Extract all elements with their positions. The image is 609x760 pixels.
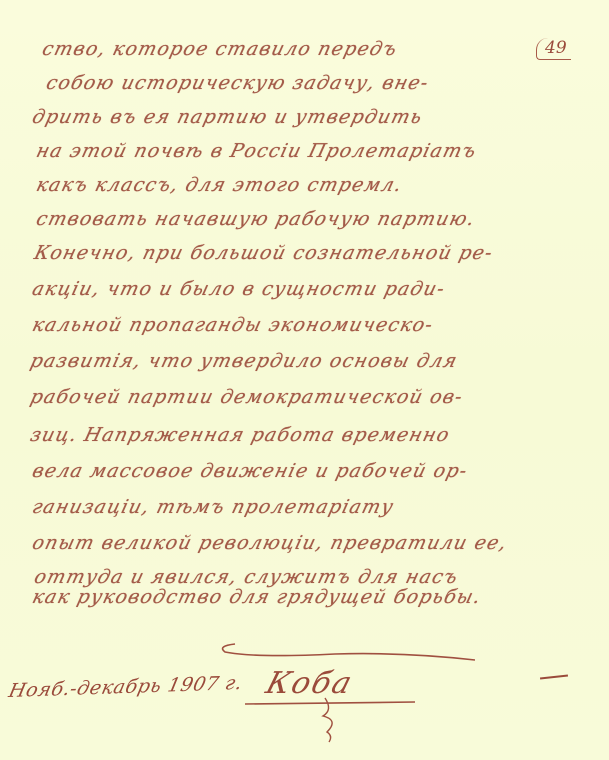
manuscript-line: ство, которое ставило передъ — [40, 38, 400, 60]
manuscript-line: опыт великой революцiи, превратили ее, — [30, 532, 510, 554]
manuscript-line: вела массовое движенiе и рабочей ор- — [30, 460, 470, 482]
page-number-mark: 49 — [536, 38, 571, 60]
trailing-dash — [540, 675, 568, 680]
manuscript-page: 49 ство, которое ставило передъ собою ис… — [0, 0, 609, 760]
date-line: Нояб.-декабрь 1907 г. — [7, 672, 245, 702]
manuscript-line: акцiи, что и было в сущности ради- — [30, 278, 448, 300]
manuscript-line: развитiя, что утвердило основы для — [28, 350, 460, 372]
manuscript-line: рабочей партии демократической ов- — [28, 386, 466, 408]
manuscript-line: какъ классъ, для этого стремл. — [34, 174, 405, 196]
manuscript-line: зиц. Напряженная работа временно — [28, 424, 452, 446]
signature: Коба — [262, 666, 358, 701]
manuscript-line: оттуда и явился, служитъ для насъ — [32, 566, 461, 588]
signature-block: Коба — [215, 640, 475, 750]
manuscript-line: ствовать начавшую рабочую партию. — [34, 208, 478, 230]
manuscript-line: Конечно, при большой сознательной ре- — [32, 242, 496, 264]
manuscript-line: ганизацiи, тѣмъ пролетарiату — [30, 496, 396, 518]
manuscript-line: на этой почвѣ в Россiи Пролетарiатъ — [34, 140, 479, 162]
manuscript-line: как руководство для грядущей борьбы. — [30, 586, 484, 608]
manuscript-line: кальной пропаганды экономическо- — [30, 314, 436, 336]
manuscript-line: дрить въ ея партию и утвердить — [30, 106, 425, 128]
manuscript-line: собою историческую задачу, вне- — [44, 72, 431, 94]
